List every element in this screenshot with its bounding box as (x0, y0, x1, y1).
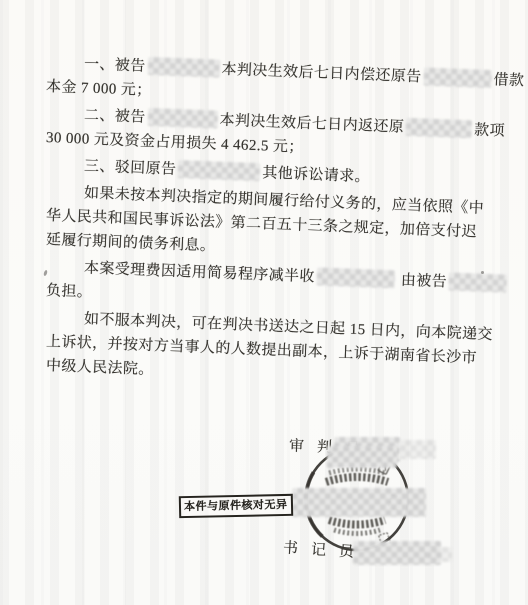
judgment-page: 一、被告本判决生效后七日内偿还原告借款本金 7 000 元；二、被告本判决生效后… (0, 0, 528, 605)
body-text: 本金 7 000 元； (46, 79, 152, 99)
seal-top-redaction (327, 446, 397, 468)
body-text: 30 000 元及资金占用损失 4 462.5 元； (46, 130, 304, 156)
redaction-block (317, 267, 396, 288)
body-text: 中级人民法院。 (46, 358, 154, 378)
redaction-block (147, 108, 218, 129)
body-text: 其他诉讼请求。 (262, 165, 370, 185)
body-text: 本判决生效后七日内返还原 (219, 113, 404, 136)
verification-stamp: 本件与原件核对无异 (179, 494, 293, 518)
body-text: 一、被告 (84, 56, 146, 74)
clerk-name-redaction-2 (426, 547, 452, 562)
body-text: 负担。 (46, 283, 93, 301)
seal-center-redaction (292, 488, 426, 517)
body-text: 由被告 (396, 272, 447, 290)
judgment-body: 一、被告本判决生效后七日内偿还原告借款本金 7 000 元；二、被告本判决生效后… (46, 48, 498, 378)
redaction-block (449, 272, 508, 292)
redaction-block (406, 118, 473, 139)
judge-name-redaction-2 (400, 440, 436, 459)
redaction-block (147, 57, 220, 78)
body-text: 三、驳回原告 (84, 158, 177, 178)
redaction-block (178, 160, 261, 181)
body-text: 借款 (493, 72, 524, 89)
body-text: 延履行期间的债务利息。 (46, 232, 216, 254)
scan-artifact-speck (481, 271, 484, 274)
body-text: 二、被告 (84, 107, 146, 125)
body-text: 款项 (474, 122, 505, 139)
body-text: 本判决生效后七日内偿还原告 (221, 62, 422, 86)
redaction-block (423, 68, 492, 89)
